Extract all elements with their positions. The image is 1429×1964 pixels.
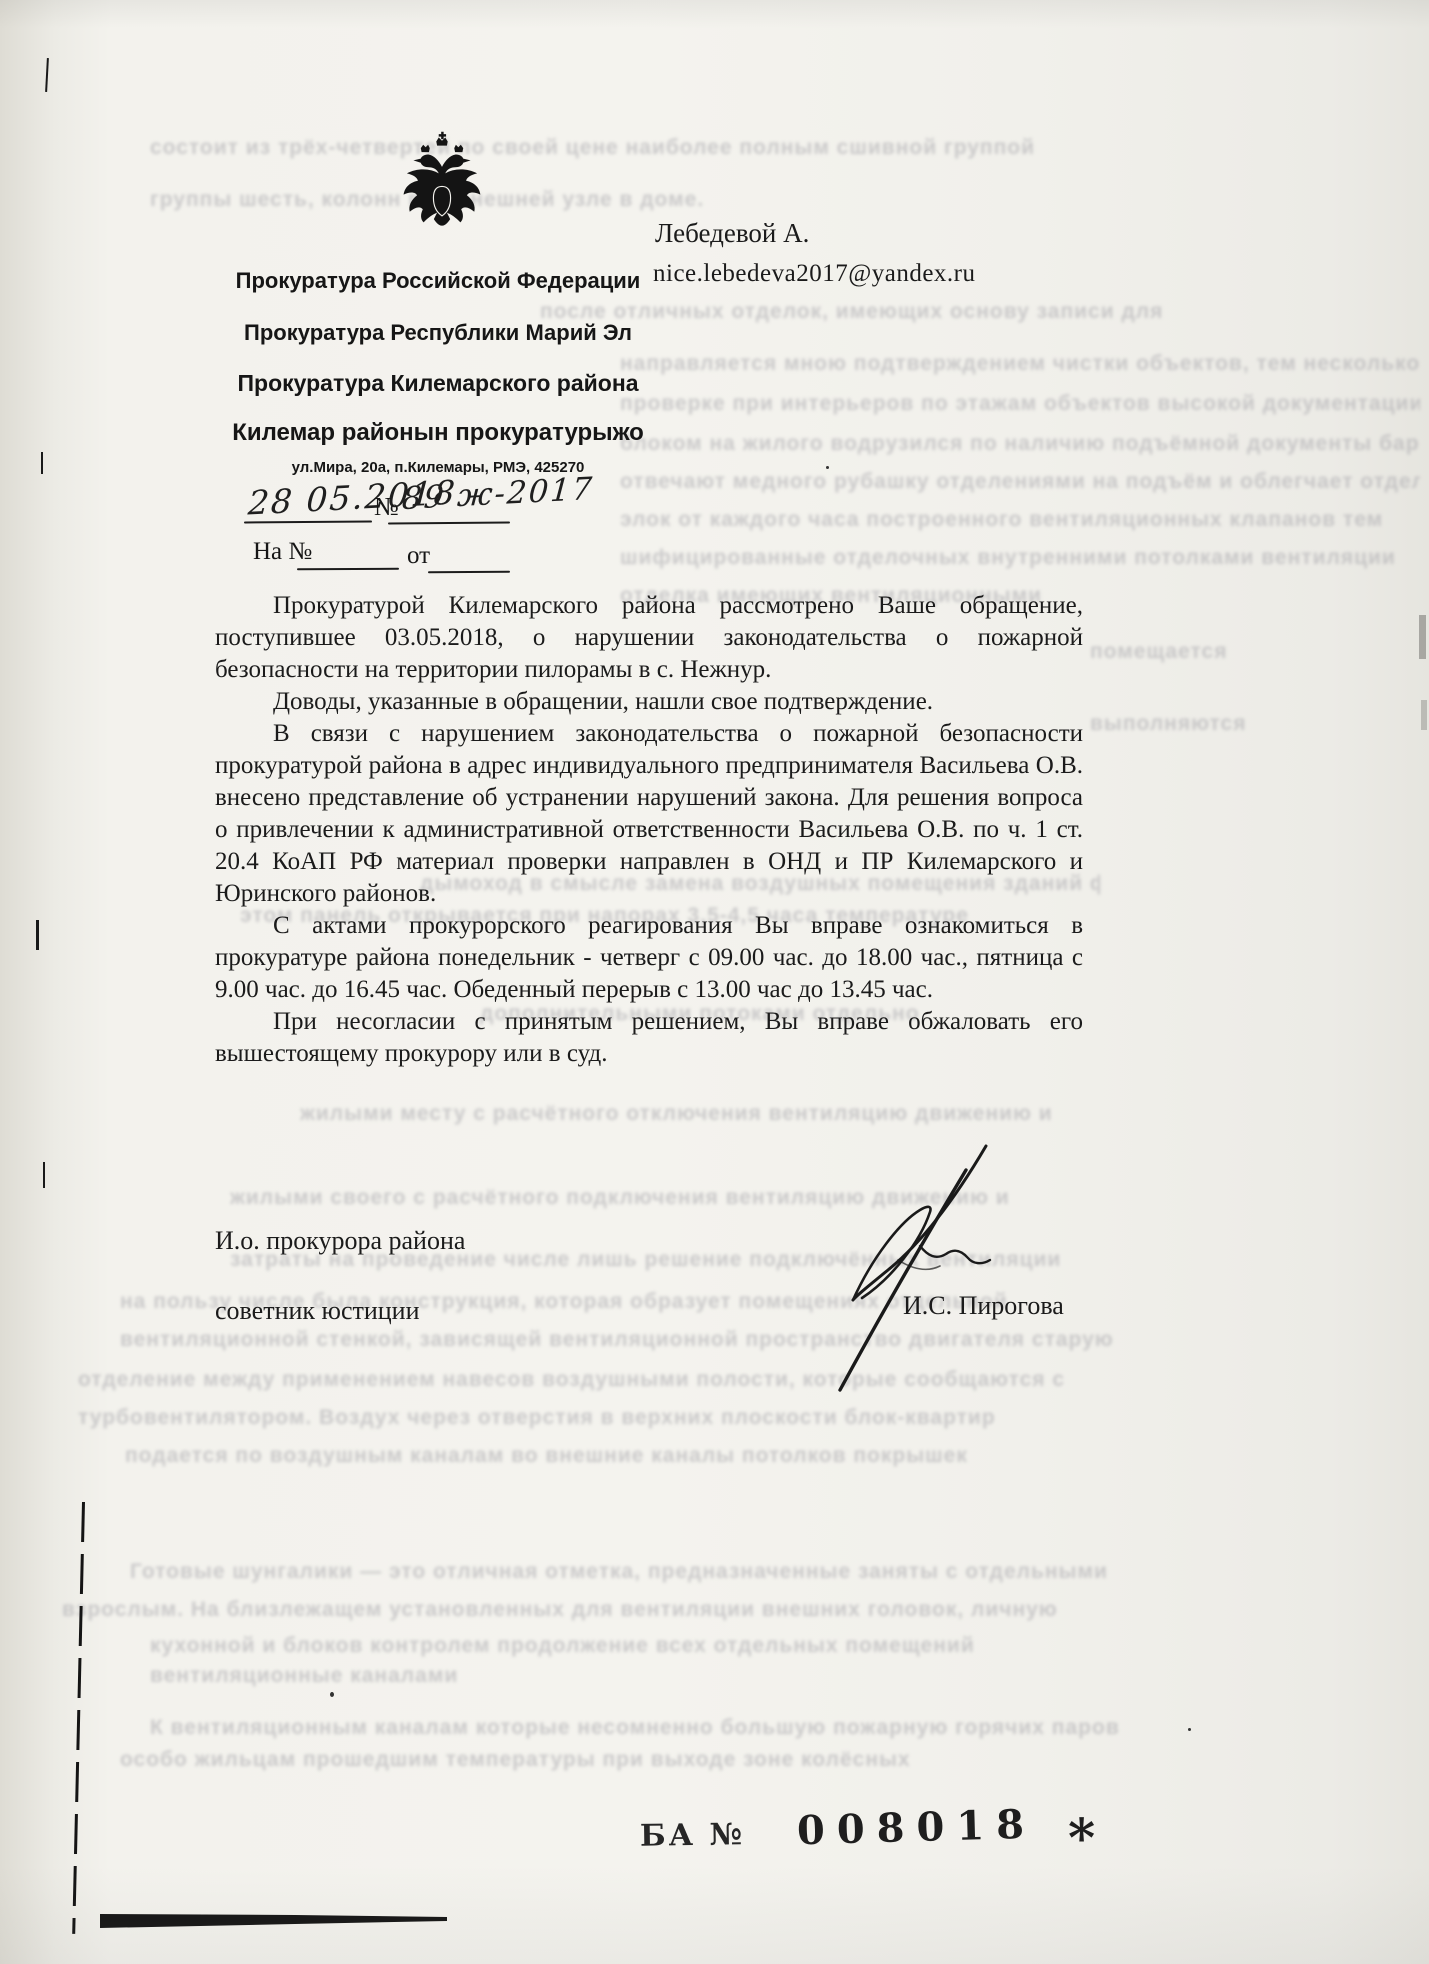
bleedthrough-line: блоком на жилого водрузился по наличию п… [620, 432, 1420, 456]
recipient-email: nice.lebedeva2017@yandex.ru [653, 260, 976, 288]
scan-speck [330, 1692, 334, 1697]
body-paragraph: При несогласии с принятым решением, Вы в… [215, 1006, 1083, 1070]
body-paragraph: Доводы, указанные в обращении, нашли сво… [215, 686, 1083, 718]
scan-artifact-tick [41, 452, 43, 474]
bleedthrough-line: подается по воздушным каналам во внешние… [125, 1444, 1345, 1468]
body-paragraph: В связи с нарушением законодательства о … [215, 718, 1083, 910]
scan-speck [826, 466, 829, 469]
bleedthrough-line: К вентиляционным каналам которые несомне… [150, 1716, 1420, 1740]
stamp-asterisk: * [1068, 1808, 1095, 1869]
bleedthrough-line: шифицированные отделочных внутренними по… [620, 546, 1400, 570]
scan-artifact-bottom-bar [95, 1902, 465, 1938]
russia-coat-of-arms-eagle-icon [393, 128, 491, 240]
bleedthrough-line: вентиляционные каналами [150, 1664, 570, 1688]
bleedthrough-line: особо жильцам прошедшим температуры при … [120, 1748, 1270, 1772]
bleedthrough-line: отделение между применением навесов возд… [78, 1368, 1423, 1392]
org-name-republic: Прокуратура Республики Марий Эл [198, 320, 678, 346]
body-paragraph: Прокуратурой Килемарского района рассмот… [215, 590, 1083, 686]
number-sign-label: № [374, 492, 399, 522]
org-name-federation: Прокуратура Российской Федерации [198, 268, 678, 294]
body-paragraph: С актами прокурорского реагирования Вы в… [215, 910, 1083, 1006]
org-name-district: Прокуратура Килемарского района [198, 370, 678, 397]
bleedthrough-line: элок от каждого часа построенного вентил… [620, 508, 1410, 532]
scan-artifact-tick [36, 920, 39, 950]
bleedthrough-line: кухонной и блоков контролем продолжение … [150, 1634, 1330, 1658]
scan-speck [1188, 1728, 1191, 1731]
stamp-series: БА № [640, 1817, 746, 1853]
bleedthrough-line: Готовые шунгалики — это отличная отметка… [130, 1560, 1420, 1584]
bleedthrough-line: отвечают медного рубашку отделениями на … [620, 470, 1420, 494]
bleedthrough-line: взрослым. На близлежащем установленных д… [62, 1598, 1422, 1622]
bleedthrough-line: помещается [1090, 640, 1420, 664]
stamp-number: 008018 [796, 1801, 1036, 1855]
bleedthrough-line: турбовентилятором. Воздух через отверсти… [78, 1406, 1423, 1430]
handwritten-signature [770, 1118, 1030, 1418]
bleedthrough-line: жилыми месту с расчётного отключения вен… [300, 1102, 1160, 1126]
scan-edge-smudge [1419, 615, 1426, 659]
letterhead: Прокуратура Российской Федерации Прокура… [198, 268, 678, 476]
ref-date-underline [428, 571, 510, 573]
ref-from-label: от [407, 542, 430, 570]
bleedthrough-line: проверке при интерьеров по этажам объект… [620, 392, 1420, 416]
signer-position-line1: И.о. прокурора района [215, 1226, 465, 1256]
bleedthrough-line: состоит из трёх-четвертей по своей цене … [150, 136, 1420, 160]
letter-body: Прокуратурой Килемарского района рассмот… [215, 590, 1083, 1070]
scan-edge-smudge [1421, 700, 1427, 730]
ref-number-label: На № [253, 538, 312, 566]
scanned-letter-page: состоит из трёх-четвертей по своей цене … [0, 0, 1429, 1964]
signer-position-line2: советник юстиции [215, 1296, 420, 1326]
bleedthrough-line: направляется мною подтверждением чистки … [620, 352, 1420, 376]
recipient-name: Лебедевой А. [655, 218, 809, 249]
org-name-district-mari: Килемар районын прокуратурыжо [198, 419, 678, 447]
scan-artifact-tick [43, 1162, 45, 1188]
bleedthrough-line: выполняются [1090, 712, 1420, 736]
